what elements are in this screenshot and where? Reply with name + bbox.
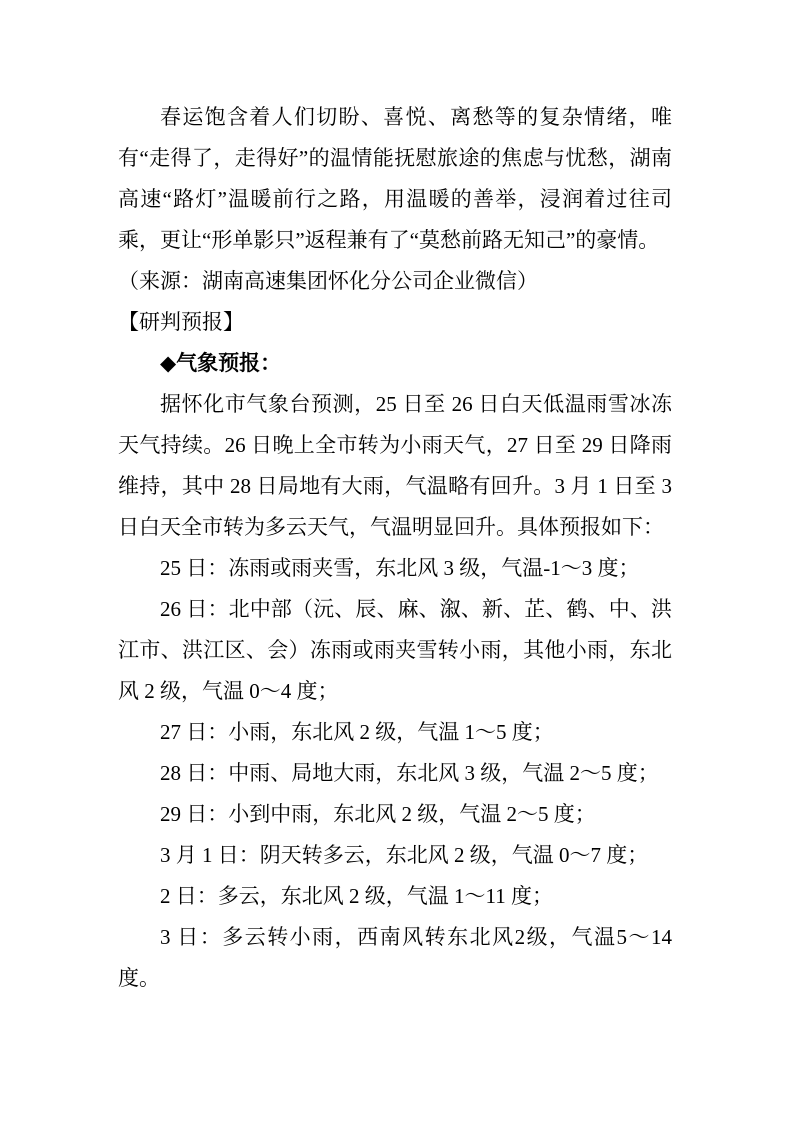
forecast-item: 26 日：北中部（沅、辰、麻、溆、新、芷、鹤、中、洪江市、洪江区、会）冻雨或雨夹… [118,589,672,712]
section-heading-forecast-analysis: 【研判预报】 [118,302,672,343]
forecast-item: 3 月 1 日：阴天转多云，东北风 2 级，气温 0～7 度； [118,835,672,876]
subsection-heading-weather-forecast: ◆气象预报： [118,343,672,384]
forecast-item: 29 日：小到中雨，东北风 2 级，气温 2～5 度； [118,794,672,835]
forecast-item: 27 日：小雨，东北风 2 级，气温 1～5 度； [118,712,672,753]
document-page: 春运饱含着人们切盼、喜悦、离愁等的复杂情绪，唯有“走得了，走得好”的温情能抚慰旅… [0,0,793,1122]
forecast-list: 25 日：冻雨或雨夹雪，东北风 3 级，气温-1～3 度； 26 日：北中部（沅… [118,548,672,999]
forecast-item: 3 日：多云转小雨，西南风转东北风2级，气温5～14 度。 [118,917,672,999]
forecast-item: 2 日：多云，东北风 2 级，气温 1～11 度； [118,876,672,917]
intro-paragraph: 春运饱含着人们切盼、喜悦、离愁等的复杂情绪，唯有“走得了，走得好”的温情能抚慰旅… [118,97,672,261]
source-attribution-line: （来源：湖南高速集团怀化分公司企业微信） [118,261,672,302]
forecast-item: 25 日：冻雨或雨夹雪，东北风 3 级，气温-1～3 度； [118,548,672,589]
forecast-intro-paragraph: 据怀化市气象台预测，25 日至 26 日白天低温雨雪冰冻天气持续。26 日晚上全… [118,384,672,548]
forecast-item: 28 日：中雨、局地大雨，东北风 3 级，气温 2～5 度； [118,753,672,794]
